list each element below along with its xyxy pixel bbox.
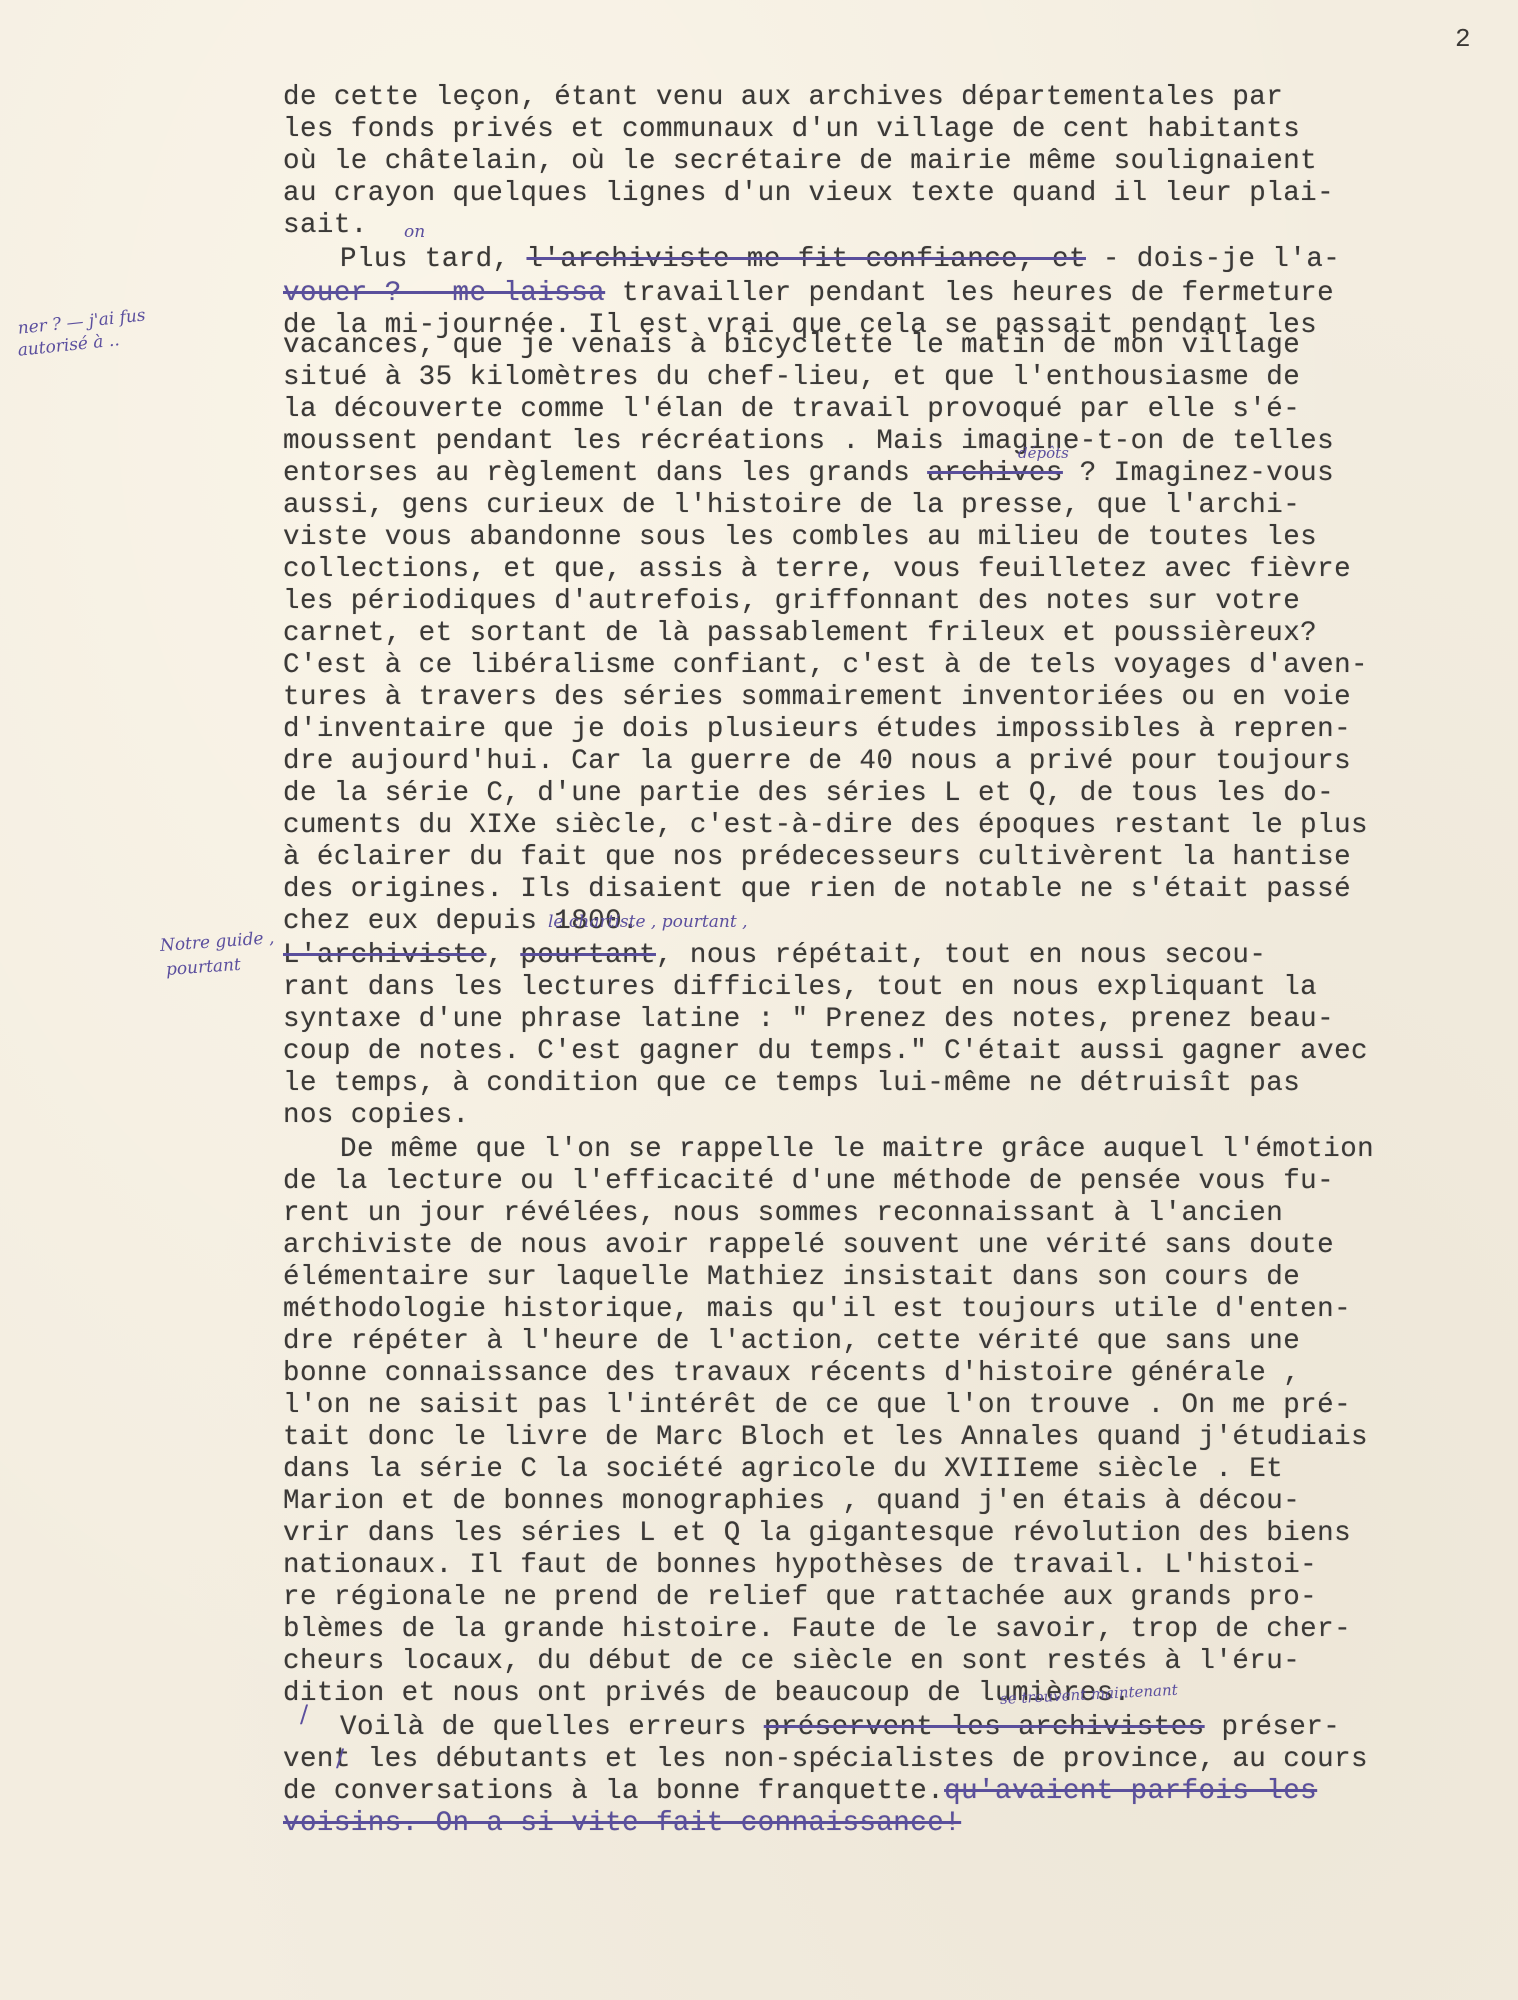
line-text: collections, et que, assis à terre, vous… [283, 554, 1351, 585]
text-line: vouer ? - me laissa travailler pendant l… [283, 278, 1334, 310]
text-line: dans la série C la société agricole du X… [283, 1454, 1283, 1486]
text-line: le temps, à condition que ce temps lui-m… [283, 1068, 1300, 1100]
line-text-middle: , [486, 940, 520, 971]
line-text: de la série C, d'une partie des séries L… [283, 778, 1334, 809]
line-text: l'on ne saisit pas l'intérêt de ce que l… [283, 1390, 1351, 1421]
line-text: au crayon quelques lignes d'un vieux tex… [283, 178, 1334, 209]
line-text: bonne connaissance des travaux récents d… [283, 1358, 1300, 1389]
line-text-after: , nous répétait, tout en nous secou- [656, 940, 1266, 971]
line-text: de la lecture ou l'efficacité d'une méth… [283, 1166, 1334, 1197]
text-line: cuments du XIXe siècle, c'est-à-dire des… [283, 810, 1368, 842]
line-text-after: préser- [1205, 1712, 1341, 1743]
line-text: dre répéter à l'heure de l'action, cette… [283, 1326, 1300, 1357]
text-line: au crayon quelques lignes d'un vieux tex… [283, 178, 1334, 210]
struck-text: préservent les archivistes [764, 1712, 1205, 1743]
text-line: Voilà de quelles erreurs préservent les … [340, 1712, 1340, 1744]
caret-mark-2: / [336, 1744, 344, 1772]
line-text: nos copies. [283, 1100, 469, 1131]
page-number: 2 [1455, 24, 1471, 54]
text-line: de cette leçon, étant venu aux archives … [283, 82, 1283, 114]
line-text: rant dans les lectures difficiles, tout … [283, 972, 1317, 1003]
text-line: bonne connaissance des travaux récents d… [283, 1358, 1300, 1390]
text-line: voisins. On a si vite fait connaissance! [283, 1808, 961, 1840]
text-line: Plus tard, l'archiviste me fit confiance… [340, 244, 1340, 276]
text-line: rent un jour révélées, nous sommes recon… [283, 1198, 1283, 1230]
margin-note-line-2: autorisé à .. [17, 330, 121, 361]
line-text: dans la série C la société agricole du X… [283, 1454, 1283, 1485]
line-text: nationaux. Il faut de bonnes hypothèses … [283, 1550, 1317, 1581]
text-line: coup de notes. C'est gagner du temps." C… [283, 1036, 1368, 1068]
text-line: C'est à ce libéralisme confiant, c'est à… [283, 650, 1368, 682]
line-text: tait donc le livre de Marc Bloch et les … [283, 1422, 1368, 1453]
line-text: re régionale ne prend de relief que ratt… [283, 1582, 1317, 1613]
text-line: de conversations à la bonne franquette.q… [283, 1776, 1317, 1808]
margin-note-pourtant: pourtant [165, 955, 241, 980]
line-text: moussent pendant les récréations . Mais … [283, 426, 1334, 457]
margin-note-guide: Notre guide , [159, 928, 275, 956]
text-line: dre aujourd'hui. Car la guerre de 40 nou… [283, 746, 1351, 778]
line-text: De même que l'on se rappelle le maitre g… [340, 1134, 1374, 1165]
struck-text: L'archiviste [283, 940, 486, 971]
text-line: viste vous abandonne sous les combles au… [283, 522, 1317, 554]
text-line: De même que l'on se rappelle le maitre g… [340, 1134, 1374, 1166]
line-text-before: entorses au règlement dans les grands [283, 458, 927, 489]
line-text: des origines. Ils disaient que rien de n… [283, 874, 1351, 905]
line-text: élémentaire sur laquelle Mathiez insista… [283, 1262, 1300, 1293]
line-text: carnet, et sortant de là passablement fr… [283, 618, 1317, 649]
text-line: moussent pendant les récréations . Mais … [283, 426, 1334, 458]
struck-text: l'archiviste me fit confiance, et [526, 244, 1085, 275]
text-line: re régionale ne prend de relief que ratt… [283, 1582, 1317, 1614]
text-line: la découverte comme l'élan de travail pr… [283, 394, 1300, 426]
line-text-before: Plus tard, [340, 244, 526, 275]
line-text: Marion et de bonnes monographies , quand… [283, 1486, 1300, 1517]
line-text-after: travailler pendant les heures de fermetu… [605, 278, 1334, 309]
text-line: vrir dans les séries L et Q la gigantesq… [283, 1518, 1351, 1550]
text-line: syntaxe d'une phrase latine : " Prenez d… [283, 1004, 1334, 1036]
struck-text: archives [927, 458, 1063, 489]
text-line: méthodologie historique, mais qu'il est … [283, 1294, 1351, 1326]
text-line: vent les débutants et les non-spécialist… [283, 1744, 1368, 1776]
insertion-depots: dépôts [1018, 444, 1069, 462]
text-line: Marion et de bonnes monographies , quand… [283, 1486, 1300, 1518]
text-line: nationaux. Il faut de bonnes hypothèses … [283, 1550, 1317, 1582]
line-text: vacances, que je venais à bicyclette le … [283, 330, 1300, 361]
text-line: sait. [283, 210, 368, 242]
caret-mark-1: / [300, 1700, 308, 1728]
line-text: sait. [283, 210, 368, 241]
text-line: l'on ne saisit pas l'intérêt de ce que l… [283, 1390, 1351, 1422]
line-text: coup de notes. C'est gagner du temps." C… [283, 1036, 1368, 1067]
text-line: où le châtelain, où le secrétaire de mai… [283, 146, 1317, 178]
line-text: méthodologie historique, mais qu'il est … [283, 1294, 1351, 1325]
line-text: cuments du XIXe siècle, c'est-à-dire des… [283, 810, 1368, 841]
line-text-before: de conversations à la bonne franquette. [283, 1776, 944, 1807]
line-text: les périodiques d'autrefois, griffonnant… [283, 586, 1300, 617]
line-text: rent un jour révélées, nous sommes recon… [283, 1198, 1283, 1229]
line-text: syntaxe d'une phrase latine : " Prenez d… [283, 1004, 1334, 1035]
text-line: de la lecture ou l'efficacité d'une méth… [283, 1166, 1334, 1198]
line-text: de cette leçon, étant venu aux archives … [283, 82, 1283, 113]
text-line: L'archiviste, pourtant, nous répétait, t… [283, 940, 1266, 972]
text-line: tait donc le livre de Marc Bloch et les … [283, 1422, 1368, 1454]
line-text: aussi, gens curieux de l'histoire de la … [283, 490, 1300, 521]
scribbled-out-text: qu'avaient parfois les [944, 1776, 1317, 1807]
text-line: archiviste de nous avoir rappelé souvent… [283, 1230, 1334, 1262]
line-text: dre aujourd'hui. Car la guerre de 40 nou… [283, 746, 1351, 777]
scribbled-out-text: voisins. On a si vite fait connaissance! [283, 1808, 961, 1839]
line-text: la découverte comme l'élan de travail pr… [283, 394, 1300, 425]
text-line: les fonds privés et communaux d'un villa… [283, 114, 1300, 146]
line-text: les fonds privés et communaux d'un villa… [283, 114, 1300, 145]
text-line: situé à 35 kilomètres du chef-lieu, et q… [283, 362, 1300, 394]
struck-text: pourtant [520, 940, 656, 971]
text-line: tures à travers des séries sommairement … [283, 682, 1351, 714]
line-text: cheurs locaux, du début de ce siècle en … [283, 1646, 1300, 1677]
line-text: tures à travers des séries sommairement … [283, 682, 1351, 713]
text-line: des origines. Ils disaient que rien de n… [283, 874, 1351, 906]
text-line: aussi, gens curieux de l'histoire de la … [283, 490, 1300, 522]
text-line: à éclairer du fait que nos prédecesseurs… [283, 842, 1351, 874]
line-text-after: - dois-je l'a- [1086, 244, 1340, 275]
text-line: dre répéter à l'heure de l'action, cette… [283, 1326, 1300, 1358]
text-line: carnet, et sortant de là passablement fr… [283, 618, 1317, 650]
scribbled-out-text: vouer ? - me laissa [283, 278, 605, 309]
insertion-on: on [404, 222, 425, 242]
text-line: d'inventaire que je dois plusieurs étude… [283, 714, 1351, 746]
insertion-chartiste: le chartiste , pourtant , [548, 912, 747, 932]
line-text: viste vous abandonne sous les combles au… [283, 522, 1317, 553]
text-line: cheurs locaux, du début de ce siècle en … [283, 1646, 1300, 1678]
text-line: les périodiques d'autrefois, griffonnant… [283, 586, 1300, 618]
text-line: vacances, que je venais à bicyclette le … [283, 330, 1300, 362]
line-text: à éclairer du fait que nos prédecesseurs… [283, 842, 1351, 873]
line-text-before: Voilà de quelles erreurs [340, 1712, 764, 1743]
text-line: collections, et que, assis à terre, vous… [283, 554, 1351, 586]
line-text: le temps, à condition que ce temps lui-m… [283, 1068, 1300, 1099]
line-text: vrir dans les séries L et Q la gigantesq… [283, 1518, 1351, 1549]
line-text: d'inventaire que je dois plusieurs étude… [283, 714, 1351, 745]
text-line: de la série C, d'une partie des séries L… [283, 778, 1334, 810]
line-text: blèmes de la grande histoire. Faute de l… [283, 1614, 1351, 1645]
line-text: archiviste de nous avoir rappelé souvent… [283, 1230, 1334, 1261]
text-line: blèmes de la grande histoire. Faute de l… [283, 1614, 1351, 1646]
line-text: C'est à ce libéralisme confiant, c'est à… [283, 650, 1368, 681]
line-text: vent les débutants et les non-spécialist… [283, 1744, 1368, 1775]
text-line: entorses au règlement dans les grands ar… [283, 458, 1334, 490]
line-text-after: ? Imaginez-vous [1063, 458, 1334, 489]
line-text: où le châtelain, où le secrétaire de mai… [283, 146, 1317, 177]
text-line: rant dans les lectures difficiles, tout … [283, 972, 1317, 1004]
text-line: élémentaire sur laquelle Mathiez insista… [283, 1262, 1300, 1294]
text-line: nos copies. [283, 1100, 469, 1132]
line-text: situé à 35 kilomètres du chef-lieu, et q… [283, 362, 1300, 393]
